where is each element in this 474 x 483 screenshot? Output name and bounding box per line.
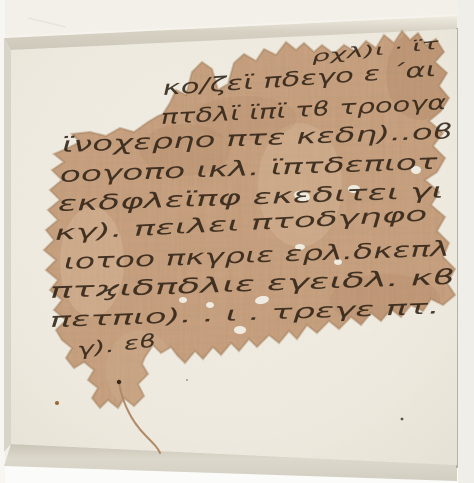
papyrus-photo-canvas: ρχλ)ι · ϊτ κο/ζεϊ πδεγο ε ´αι πτδλϊ ϊπϊ …: [0, 0, 474, 483]
dust-speck-left: [55, 401, 59, 405]
dust-speck-right: [401, 418, 404, 421]
papyrus-photo: ρχλ)ι · ϊτ κο/ζεϊ πδεγο ε ´αι πτδλϊ ϊπϊ …: [0, 0, 474, 483]
fiber-ink-dot: [117, 380, 121, 384]
dust-speck-center: [186, 379, 188, 381]
glass-edge-left: [4, 38, 11, 452]
photo-margin-right: [458, 0, 474, 483]
